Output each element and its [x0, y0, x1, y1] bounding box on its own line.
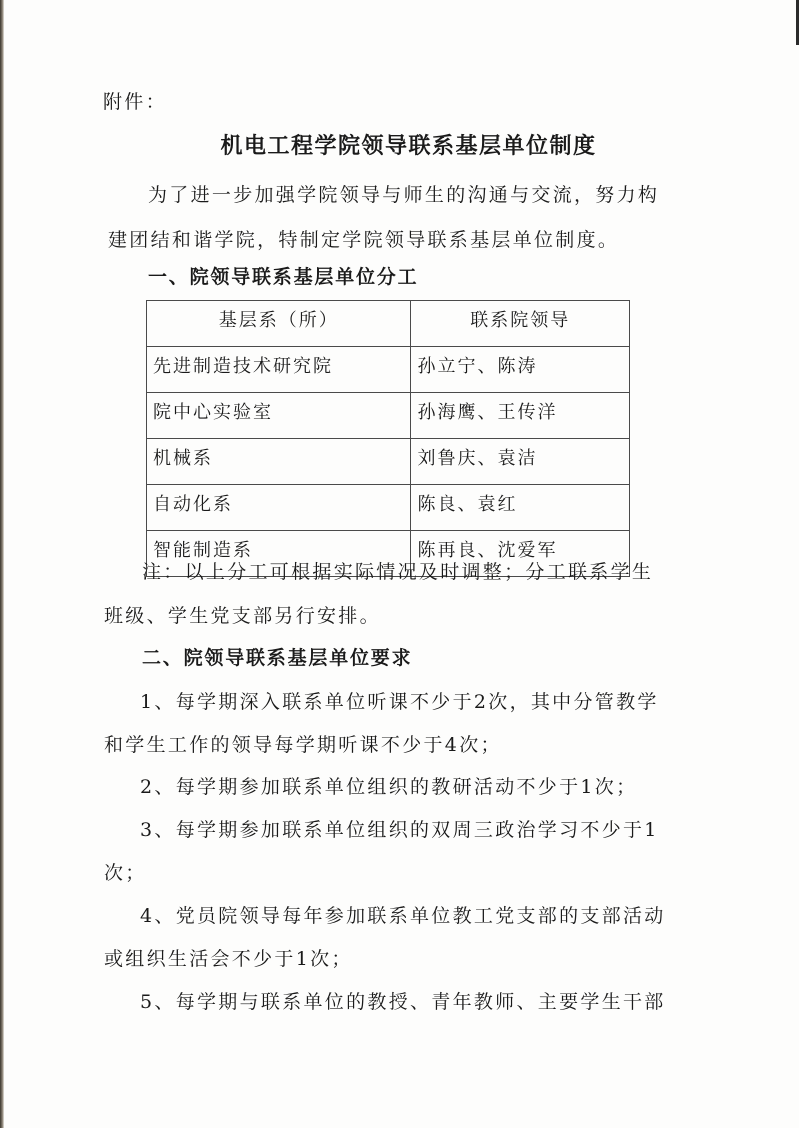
header-unit: 基层系（所）	[147, 301, 411, 347]
table-row: 院中心实验室 孙海鹰、王传洋	[147, 393, 630, 439]
leader-cell: 孙海鹰、王传洋	[411, 393, 630, 439]
note-line-2: 班级、学生党支部另行安排。	[104, 604, 381, 628]
unit-cell: 院中心实验室	[147, 393, 411, 439]
requirement-4-line-1: 4、党员院领导每年参加联系单位教工党支部的支部活动	[140, 904, 666, 928]
section1-heading: 一、院领导联系基层单位分工	[148, 265, 418, 289]
requirement-2: 2、每学期参加联系单位组织的教研活动不少于1次；	[140, 775, 637, 799]
requirement-1-line-2: 和学生工作的领导每学期听课不少于4次；	[104, 733, 502, 757]
note-line-1: 注：以上分工可根据实际情况及时调整；分工联系学生	[142, 560, 653, 584]
requirement-1-line-1: 1、每学期深入联系单位听课不少于2次，其中分管教学	[140, 690, 659, 714]
leader-cell: 刘鲁庆、袁洁	[411, 439, 630, 485]
requirement-3-line-2: 次；	[104, 861, 147, 885]
table-header-row: 基层系（所） 联系院领导	[147, 301, 630, 347]
section2-heading: 二、院领导联系基层单位要求	[142, 646, 412, 670]
unit-cell: 先进制造技术研究院	[147, 347, 411, 393]
unit-cell: 自动化系	[147, 485, 411, 531]
intro-line-2: 建团结和谐学院，特制定学院领导联系基层单位制度。	[108, 228, 619, 252]
table-row: 自动化系 陈良、袁红	[147, 485, 630, 531]
requirement-5-line-1: 5、每学期与联系单位的教授、青年教师、主要学生干部	[140, 990, 666, 1014]
table-row: 机械系 刘鲁庆、袁洁	[147, 439, 630, 485]
header-leader: 联系院领导	[411, 301, 630, 347]
leader-cell: 陈良、袁红	[411, 485, 630, 531]
leader-cell: 孙立宁、陈涛	[411, 347, 630, 393]
intro-line-1: 为了进一步加强学院领导与师生的沟通与交流，努力构	[148, 183, 659, 207]
attachment-label: 附件：	[103, 90, 167, 114]
document-page: 附件： 机电工程学院领导联系基层单位制度 为了进一步加强学院领导与师生的沟通与交…	[0, 0, 799, 1128]
leadership-assignment-table: 基层系（所） 联系院领导 先进制造技术研究院 孙立宁、陈涛 院中心实验室 孙海鹰…	[146, 300, 630, 577]
requirement-3-line-1: 3、每学期参加联系单位组织的双周三政治学习不少于1	[140, 818, 659, 842]
document-title: 机电工程学院领导联系基层单位制度	[0, 133, 799, 161]
scan-left-edge	[0, 0, 4, 1128]
requirement-4-line-2: 或组织生活会不少于1次；	[104, 947, 353, 971]
table-row: 先进制造技术研究院 孙立宁、陈涛	[147, 347, 630, 393]
unit-cell: 机械系	[147, 439, 411, 485]
